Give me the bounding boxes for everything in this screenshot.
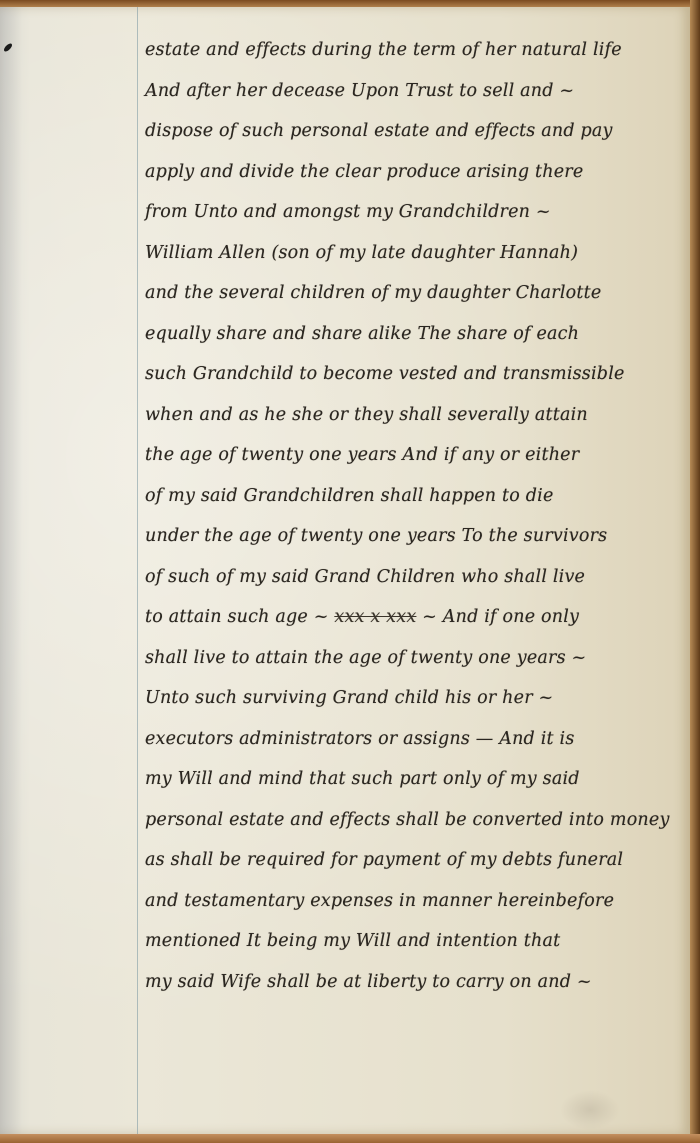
binding-frame-top xyxy=(0,0,700,7)
text-line: shall live to attain the age of twenty o… xyxy=(145,638,685,679)
text-line: And after her decease Upon Trust to sell… xyxy=(145,71,685,112)
text-segment: ~ And if one only xyxy=(416,607,579,627)
handwritten-text-block: estate and effects during the term of he… xyxy=(145,30,685,1002)
text-line: equally share and share alike The share … xyxy=(145,314,685,355)
text-line: my said Wife shall be at liberty to carr… xyxy=(145,962,685,1003)
text-line: the age of twenty one years And if any o… xyxy=(145,435,685,476)
paper-smudge xyxy=(560,1090,620,1130)
text-line-with-strikethrough: to attain such age ~ xxx x xxx ~ And if … xyxy=(145,597,685,638)
text-line: of such of my said Grand Children who sh… xyxy=(145,557,685,598)
text-line: and the several children of my daughter … xyxy=(145,273,685,314)
text-line: executors administrators or assigns — An… xyxy=(145,719,685,760)
text-line: William Allen (son of my late daughter H… xyxy=(145,233,685,274)
text-line: when and as he she or they shall several… xyxy=(145,395,685,436)
text-line: apply and divide the clear produce arisi… xyxy=(145,152,685,193)
text-line: personal estate and effects shall be con… xyxy=(145,800,685,841)
text-line: as shall be required for payment of my d… xyxy=(145,840,685,881)
text-line: and testamentary expenses in manner here… xyxy=(145,881,685,922)
text-segment: to attain such age ~ xyxy=(145,607,334,627)
struck-through-text: xxx x xxx xyxy=(334,607,416,627)
text-line: estate and effects during the term of he… xyxy=(145,30,685,71)
text-line: from Unto and amongst my Grandchildren ~ xyxy=(145,192,685,233)
text-line: under the age of twenty one years To the… xyxy=(145,516,685,557)
binding-frame-right xyxy=(690,0,700,1143)
text-line: such Grandchild to become vested and tra… xyxy=(145,354,685,395)
page-gutter-shadow xyxy=(0,7,22,1134)
text-line: mentioned It being my Will and intention… xyxy=(145,921,685,962)
text-line: of my said Grandchildren shall happen to… xyxy=(145,476,685,517)
text-line: dispose of such personal estate and effe… xyxy=(145,111,685,152)
manuscript-page: estate and effects during the term of he… xyxy=(0,7,690,1134)
text-line: Unto such surviving Grand child his or h… xyxy=(145,678,685,719)
text-line: my Will and mind that such part only of … xyxy=(145,759,685,800)
margin-rule-line xyxy=(137,7,138,1134)
binding-frame-bottom xyxy=(0,1134,700,1143)
